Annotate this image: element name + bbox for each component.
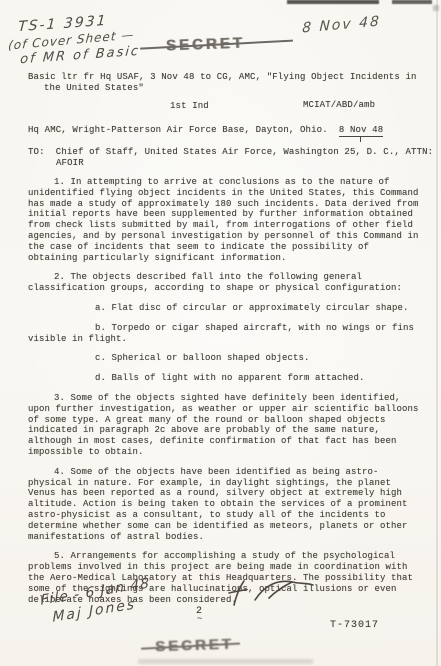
paragraph-1: 1. In attempting to arrive at conclusion… <box>28 177 420 263</box>
document-control-number: T-73017 <box>330 620 379 631</box>
station-line: Hq AMC, Wright-Patterson Air Force Base,… <box>28 125 383 135</box>
page-number: 2~ <box>196 606 203 624</box>
station-text: Hq AMC, Wright-Patterson Air Force Base,… <box>28 125 328 135</box>
secret-stamp-bottom: SECRET <box>155 636 234 656</box>
scan-artifact-bottom-smudge <box>138 659 313 664</box>
sub-item-b: b. Torpedo or cigar shaped aircraft, wit… <box>28 323 420 345</box>
to-addressee: Chief of Staff, United States Air Force,… <box>56 147 433 157</box>
reference-line-2: the United States" <box>44 83 144 93</box>
scanned-document-page: TS-1 3931 (of Cover Sheet — of MR of Bas… <box>0 0 441 666</box>
paragraph-3: 3. Some of the objects sighted have defi… <box>28 393 420 458</box>
sub-item-a: a. Flat disc of circular or approximatel… <box>28 303 420 314</box>
indorsement-label: 1st Ind <box>170 101 209 111</box>
scan-artifact-top-bar <box>287 0 379 4</box>
sub-item-c: c. Spherical or balloon shaped objects. <box>28 353 420 364</box>
to-attn-office: AFOIR <box>56 158 84 168</box>
document-body: 1. In attempting to arrive at conclusion… <box>28 177 420 614</box>
to-label: TO: <box>28 147 45 157</box>
scan-artifact-top-bar <box>392 0 432 4</box>
spacer <box>328 125 339 135</box>
spacer <box>45 147 56 157</box>
endorsement-date: 8 Nov 48 <box>339 125 383 137</box>
handwritten-initials-scribble <box>222 576 317 614</box>
sub-item-d: d. Balls of light with no apparent form … <box>28 373 420 384</box>
secret-stamp-top: SECRET <box>166 35 245 55</box>
scan-artifact-page-edge <box>436 0 438 666</box>
to-line: TO: Chief of Staff, United States Air Fo… <box>28 147 433 157</box>
reference-line-1: Basic ltr fr Hq USAF, 3 Nov 48 to CG, AM… <box>28 72 417 82</box>
paragraph-2: 2. The objects described fall into the f… <box>28 272 420 294</box>
office-symbol: MCIAT/ABD/amb <box>303 100 375 110</box>
handwritten-date: 8 Nov 48 <box>302 13 381 36</box>
initials-scribble-drawing <box>222 576 317 610</box>
page-number-underscore: ~ <box>197 614 203 624</box>
paragraph-4: 4. Some of the objects have been identif… <box>28 467 420 543</box>
